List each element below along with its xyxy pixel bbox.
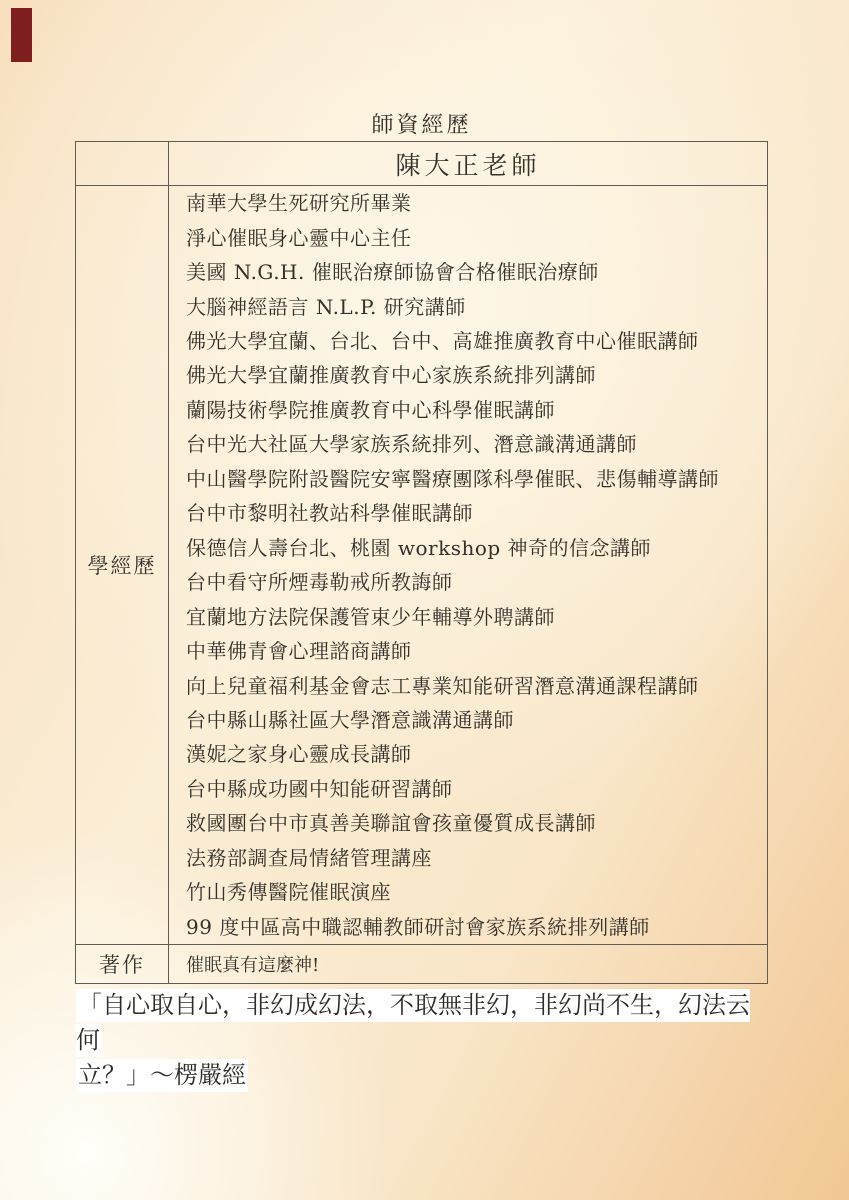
experience-item: 南華大學生死研究所畢業 (186, 192, 767, 214)
experience-item: 台中光大社區大學家族系統排列、潛意識溝通講師 (186, 433, 767, 455)
experience-row: 學經歷 南華大學生死研究所畢業淨心催眠身心靈中心主任美國 N.G.H. 催眠治療… (76, 185, 767, 944)
experience-item: 佛光大學宜蘭、台北、台中、高雄推廣教育中心催眠講師 (186, 330, 767, 352)
credentials-table: 陳大正老師 學經歷 南華大學生死研究所畢業淨心催眠身心靈中心主任美國 N.G.H… (75, 141, 768, 984)
experience-item: 法務部調查局情緒管理講座 (186, 847, 767, 869)
quote-line-1: 「自心取自心，非幻成幻法，不取無非幻，非幻尚不生，幻法云何 (76, 988, 770, 1058)
experience-item: 台中縣山縣社區大學潛意識溝通講師 (186, 709, 767, 731)
publication-row: 著作 催眠真有這麼神! (76, 944, 767, 983)
experience-item: 竹山秀傳醫院催眠演座 (186, 881, 767, 903)
page-title: 師資經歷 (75, 108, 768, 139)
experience-label: 學經歷 (76, 186, 169, 944)
experience-item: 漢妮之家身心靈成長講師 (186, 743, 767, 765)
table-header-row: 陳大正老師 (76, 142, 767, 185)
experience-item: 大腦神經語言 N.L.P. 研究講師 (186, 296, 767, 318)
publication-value: 催眠真有這麼神! (169, 945, 767, 983)
header-empty-cell (76, 142, 169, 185)
experience-item: 佛光大學宜蘭推廣教育中心家族系統排列講師 (186, 364, 767, 386)
experience-item: 99 度中區高中職認輔教師研討會家族系統排列講師 (186, 916, 767, 938)
experience-item: 蘭陽技術學院推廣教育中心科學催眠講師 (186, 399, 767, 421)
experience-item: 宜蘭地方法院保護管束少年輔導外聘講師 (186, 606, 767, 628)
experience-item: 美國 N.G.H. 催眠治療師協會合格催眠治療師 (186, 261, 767, 283)
experience-item: 台中縣成功國中知能研習講師 (186, 778, 767, 800)
experience-item: 向上兒童福利基金會志工專業知能研習潛意溝通課程講師 (186, 675, 767, 697)
experience-list: 南華大學生死研究所畢業淨心催眠身心靈中心主任美國 N.G.H. 催眠治療師協會合… (169, 186, 767, 944)
experience-item: 台中市黎明社教站科學催眠講師 (186, 502, 767, 524)
experience-item: 台中看守所煙毒勒戒所教誨師 (186, 571, 767, 593)
corner-red-mark (11, 8, 32, 62)
experience-item: 中山醫學院附設醫院安寧醫療團隊科學催眠、悲傷輔導講師 (186, 468, 767, 490)
experience-item: 保德信人壽台北、桃園 workshop 神奇的信念講師 (186, 537, 767, 559)
publication-label: 著作 (76, 945, 169, 983)
experience-item: 淨心催眠身心靈中心主任 (186, 227, 767, 249)
experience-item: 救國團台中市真善美聯誼會孩童優質成長講師 (186, 812, 767, 834)
teacher-name: 陳大正老師 (169, 142, 767, 185)
scripture-quote: 「自心取自心，非幻成幻法，不取無非幻，非幻尚不生，幻法云何 立？」～楞嚴經 (76, 988, 770, 1093)
experience-item: 中華佛青會心理諮商講師 (186, 640, 767, 662)
quote-line-2: 立？」～楞嚴經 (76, 1058, 770, 1093)
